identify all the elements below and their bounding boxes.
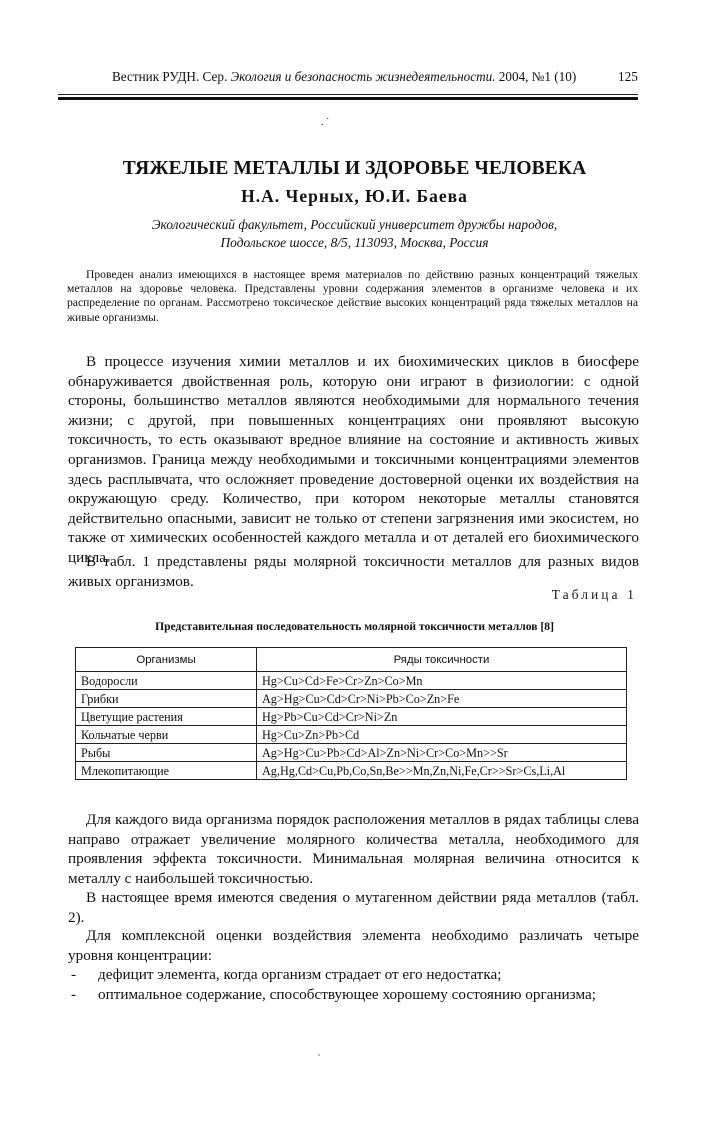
concentration-levels-list: дефицит элемента, когда организм страдае… <box>68 965 639 1004</box>
paragraph-4: В настоящее время имеются сведения о мут… <box>68 888 639 927</box>
organism-cell: Кольчатые черви <box>76 726 257 744</box>
body-section-intro: В процессе изучения химии металлов и их … <box>68 352 639 568</box>
organism-cell: Водоросли <box>76 672 257 690</box>
table-row: Кольчатые черви Hg>Cu>Zn>Pb>Cd <box>76 726 627 744</box>
list-item: оптимальное содержание, способствующее х… <box>68 985 639 1005</box>
paragraph-3: Для каждого вида организма порядок распо… <box>68 810 639 888</box>
body-section-mutagenic: В настоящее время имеются сведения о мут… <box>68 888 639 927</box>
scan-speck <box>318 1054 320 1056</box>
article-authors: Н.А. Черных, Ю.И. Баева <box>0 186 709 207</box>
series-cell: Hg>Cu>Zn>Pb>Cd <box>257 726 627 744</box>
affiliation-line-2: Подольское шоссе, 8/5, 113093, Москва, Р… <box>0 234 709 252</box>
table-caption: Представительная последовательность моля… <box>0 620 709 633</box>
paragraph-2: В табл. 1 представлены ряды молярной ток… <box>68 552 639 591</box>
series-cell: Hg>Pb>Cu>Cd>Cr>Ni>Zn <box>257 708 627 726</box>
paragraph-1: В процессе изучения химии металлов и их … <box>68 352 639 568</box>
organism-cell: Млекопитающие <box>76 762 257 780</box>
page-number: 125 <box>618 69 638 85</box>
organism-cell: Рыбы <box>76 744 257 762</box>
table-header-row: Организмы Ряды токсичности <box>76 648 627 672</box>
abstract: Проведен анализ имеющихся в настоящее вр… <box>67 268 638 325</box>
series-cell: Hg>Cu>Cd>Fe>Cr>Zn>Co>Mn <box>257 672 627 690</box>
scan-specks: . ˙ <box>321 118 329 128</box>
series-cell: Ag>Hg>Cu>Cd>Cr>Ni>Pb>Co>Zn>Fe <box>257 690 627 708</box>
organism-cell: Цветущие растения <box>76 708 257 726</box>
table-row: Водоросли Hg>Cu>Cd>Fe>Cr>Zn>Co>Mn <box>76 672 627 690</box>
column-header-series: Ряды токсичности <box>257 648 627 672</box>
running-head: Вестник РУДН. Сер. Экология и безопаснос… <box>112 69 642 85</box>
series-cell: Ag,Hg,Cd>Cu,Pb,Co,Sn,Be>>Mn,Zn,Ni,Fe,Cr>… <box>257 762 627 780</box>
table-row: Цветущие растения Hg>Pb>Cu>Cd>Cr>Ni>Zn <box>76 708 627 726</box>
article-affiliation: Экологический факультет, Российский унив… <box>0 216 709 252</box>
column-header-organisms: Организмы <box>76 648 257 672</box>
header-rule-thin <box>58 94 638 95</box>
header-rule-thick <box>58 97 638 100</box>
body-section-table-ref: В табл. 1 представлены ряды молярной ток… <box>68 552 639 591</box>
organism-cell: Грибки <box>76 690 257 708</box>
journal-series: Экология и безопасность жизнедеятельност… <box>231 69 496 84</box>
body-section-concentration-levels: Для комплексной оценки воздействия элеме… <box>68 926 639 1004</box>
journal-issue: 2004, №1 (10) <box>496 69 577 84</box>
table-label: Таблица 1 <box>552 587 637 603</box>
table-row: Рыбы Ag>Hg>Cu>Pb>Cd>Al>Zn>Ni>Cr>Co>Mn>>S… <box>76 744 627 762</box>
affiliation-line-1: Экологический факультет, Российский унив… <box>0 216 709 234</box>
body-section-table-explanation: Для каждого вида организма порядок распо… <box>68 810 639 888</box>
list-item: дефицит элемента, когда организм страдае… <box>68 965 639 985</box>
toxicity-table: Организмы Ряды токсичности Водоросли Hg>… <box>75 647 627 780</box>
article-title: ТЯЖЕЛЫЕ МЕТАЛЛЫ И ЗДОРОВЬЕ ЧЕЛОВЕКА <box>0 158 709 180</box>
paragraph-5: Для комплексной оценки воздействия элеме… <box>68 926 639 965</box>
journal-name: Вестник РУДН. Сер. <box>112 69 231 84</box>
series-cell: Ag>Hg>Cu>Pb>Cd>Al>Zn>Ni>Cr>Co>Mn>>Sr <box>257 744 627 762</box>
table-row: Грибки Ag>Hg>Cu>Cd>Cr>Ni>Pb>Co>Zn>Fe <box>76 690 627 708</box>
table-row: Млекопитающие Ag,Hg,Cd>Cu,Pb,Co,Sn,Be>>M… <box>76 762 627 780</box>
